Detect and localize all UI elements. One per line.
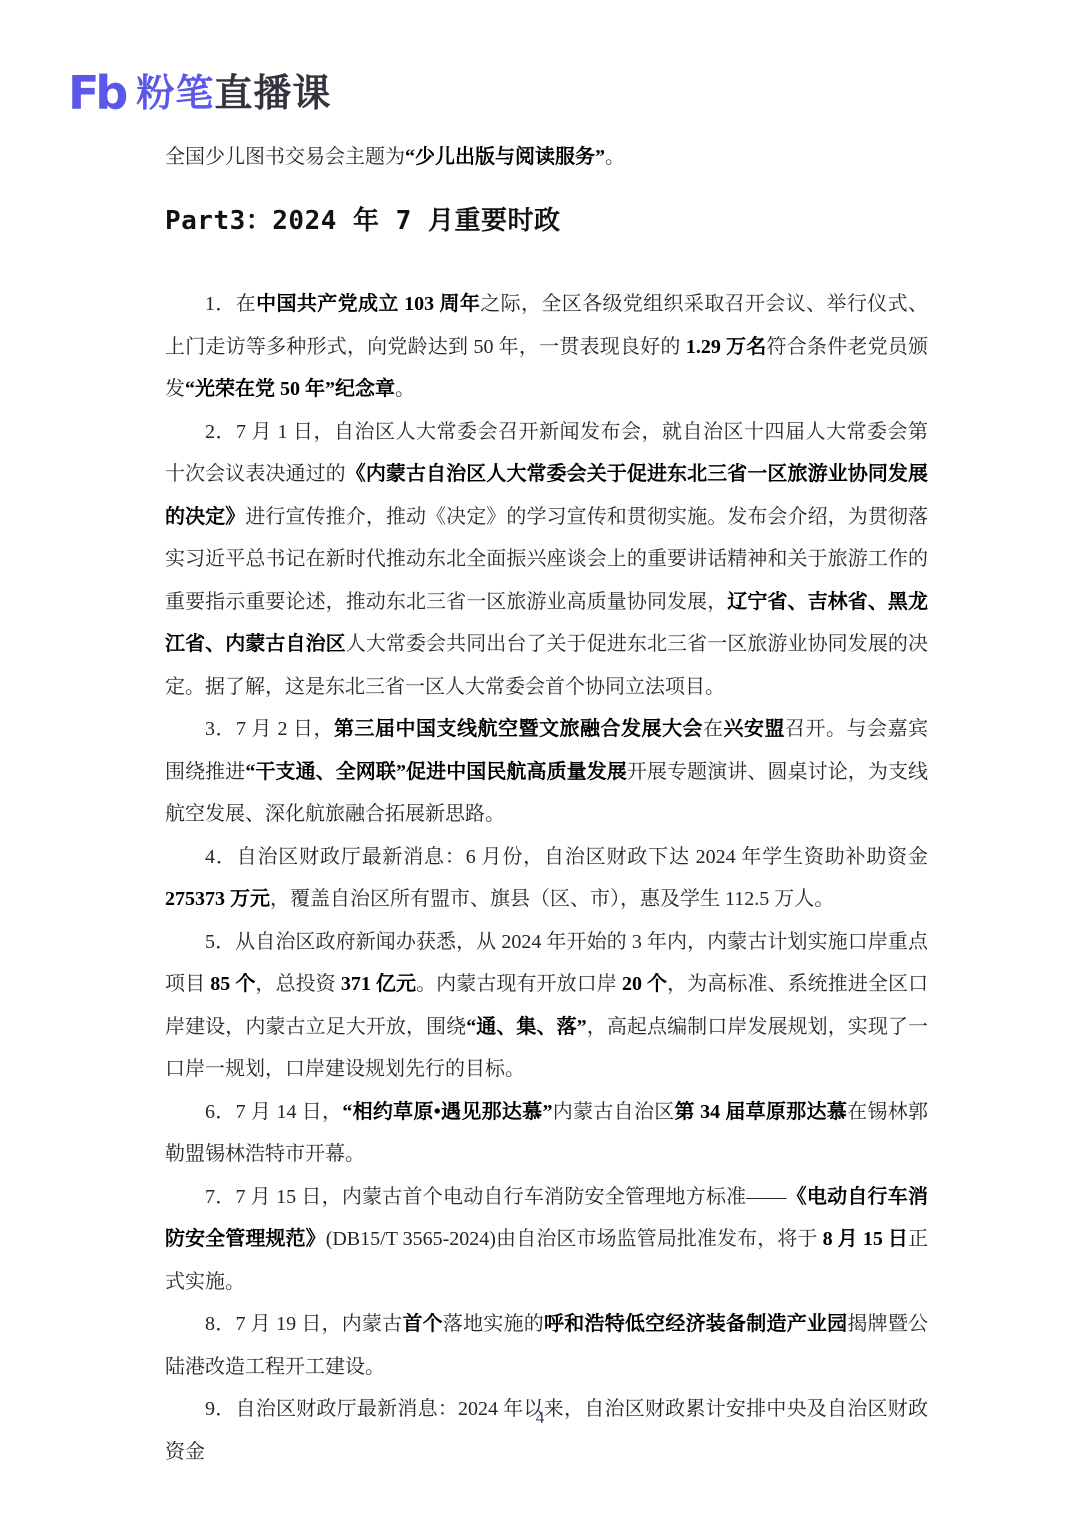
text-run: (DB15/T 3565-2024)由自治区市场监管局批准发布，将于: [326, 1228, 823, 1250]
bold-text-run: “相约草原•遇见那达慕”: [342, 1101, 552, 1123]
page-footer: 4: [0, 1408, 1080, 1428]
intro-line: 全国少儿图书交易会主题为“少儿出版与阅读服务”。: [165, 142, 928, 172]
brand-logo: Fb 粉笔直播课: [68, 70, 331, 116]
text-run: 4．自治区财政厅最新消息：6 月份，自治区财政下达 2024 年学生资助补助资金: [205, 846, 928, 868]
brand-name-dark: 直播课: [214, 71, 331, 115]
news-paragraph-9: 9．自治区财政厅最新消息：2024 年以来，自治区财政累计安排中央及自治区财政资…: [165, 1388, 928, 1473]
bold-text-run: 兴安盟: [724, 718, 786, 740]
bold-text-run: 371 亿元: [341, 973, 416, 995]
text-run: 。: [605, 146, 625, 168]
text-run: 。: [395, 378, 415, 400]
news-paragraph-1: 1．在中国共产党成立 103 周年之际，全区各级党组织采取召开会议、举行仪式、上…: [165, 283, 928, 411]
bold-text-run: 1.29 万名: [686, 336, 767, 358]
bold-text-run: 第三届中国支线航空暨文旅融合发展大会: [334, 718, 703, 740]
bold-text-run: 8 月 15 日: [823, 1228, 908, 1250]
fenbi-logo-icon: Fb: [68, 70, 124, 116]
news-paragraph-4: 4．自治区财政厅最新消息：6 月份，自治区财政下达 2024 年学生资助补助资金…: [165, 836, 928, 921]
text-run: 内蒙古自治区: [553, 1101, 675, 1123]
bold-text-run: 首个: [402, 1313, 442, 1335]
brand-name: 粉笔直播课: [136, 70, 331, 116]
bold-text-run: 呼和浩特低空经济装备制造产业园: [544, 1313, 847, 1335]
text-run: ，覆盖自治区所有盟市、旗县（区、市），惠及学生 112.5 万人。: [270, 888, 834, 910]
text-run: 7．7 月 15 日，内蒙古首个电动自行车消防安全管理地方标准——: [205, 1186, 786, 1208]
text-run: 全国少儿图书交易会主题为: [165, 146, 405, 168]
bold-text-run: 中国共产党成立 103 周年: [256, 293, 480, 315]
bold-text-run: 275373 万元: [165, 888, 270, 910]
page-number: 4: [536, 1408, 545, 1427]
bold-text-run: 20 个: [622, 973, 667, 995]
text-run: 落地实施的: [443, 1313, 544, 1335]
bold-text-run: “少儿出版与阅读服务”: [405, 146, 605, 168]
news-paragraph-3: 3．7 月 2 日，第三届中国支线航空暨文旅融合发展大会在兴安盟召开。与会嘉宾围…: [165, 708, 928, 836]
news-paragraph-2: 2．7 月 1 日，自治区人大常委会召开新闻发布会，就自治区十四届人大常委会第十…: [165, 411, 928, 709]
text-run: 8．7 月 19 日，内蒙古: [205, 1313, 402, 1335]
news-paragraph-7: 7．7 月 15 日，内蒙古首个电动自行车消防安全管理地方标准——《电动自行车消…: [165, 1176, 928, 1304]
news-paragraph-5: 5．从自治区政府新闻办获悉，从 2024 年开始的 3 年内，内蒙古计划实施口岸…: [165, 921, 928, 1091]
bold-text-run: 第 34 届草原那达慕: [675, 1101, 848, 1123]
bold-text-run: “通、集、落”: [466, 1016, 586, 1038]
text-run: 1．在: [205, 293, 256, 315]
news-paragraph-8: 8．7 月 19 日，内蒙古首个落地实施的呼和浩特低空经济装备制造产业园揭牌暨公…: [165, 1303, 928, 1388]
bold-text-run: 85 个: [210, 973, 255, 995]
text-run: 在: [703, 718, 724, 740]
news-paragraph-6: 6．7 月 14 日，“相约草原•遇见那达慕”内蒙古自治区第 34 届草原那达慕…: [165, 1091, 928, 1176]
section-heading: Part3：2024 年 7 月重要时政: [165, 201, 561, 241]
paragraph-list: 1．在中国共产党成立 103 周年之际，全区各级党组织采取召开会议、举行仪式、上…: [165, 283, 928, 1473]
bold-text-run: “干支通、全网联”促进中国民航高质量发展: [245, 761, 627, 783]
text-run: 6．7 月 14 日，: [205, 1101, 342, 1123]
brand-name-colored: 粉笔: [136, 71, 214, 115]
text-run: ，总投资: [255, 973, 340, 995]
text-run: 3．7 月 2 日，: [205, 718, 334, 740]
text-run: 。内蒙古现有开放口岸: [416, 973, 622, 995]
bold-text-run: “光荣在党 50 年”纪念章: [185, 378, 395, 400]
